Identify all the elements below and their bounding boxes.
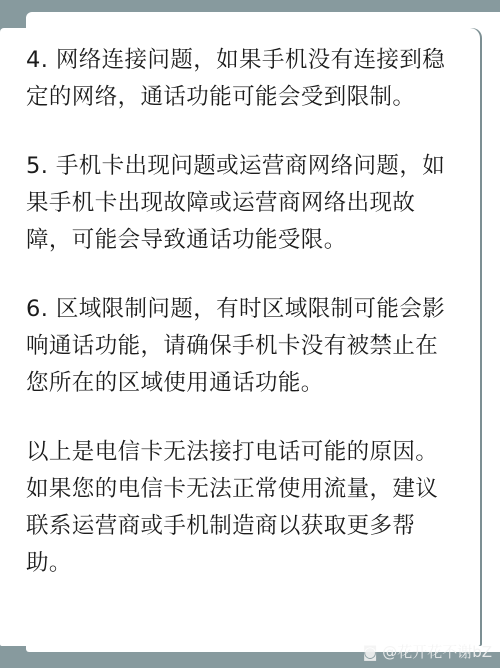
xiaohongshu-logo-icon: ◙: [363, 643, 382, 661]
watermark: ◙ @花开花不谢bZ: [363, 641, 492, 662]
paragraph-conclusion: 以上是电信卡无法接打电话可能的原因。 如果您的电信卡无法正常使用流量，建议 联系…: [26, 434, 471, 582]
paragraph-reason-6: 6. 区域限制问题，有时区域限制可能会影 响通话功能，请确保手机卡没有被禁止在 …: [26, 291, 471, 402]
paragraph-reason-5: 5. 手机卡出现问题或运营商网络问题，如 果手机卡出现故障或运营商网络出现故 障…: [26, 148, 471, 259]
paragraph-reason-4: 4. 网络连接问题，如果手机没有连接到稳 定的网络，通话功能可能会受到限制。: [26, 42, 471, 116]
article-content: 4. 网络连接问题，如果手机没有连接到稳 定的网络，通话功能可能会受到限制。 5…: [26, 42, 471, 614]
watermark-text: @花开花不谢bZ: [382, 643, 492, 661]
